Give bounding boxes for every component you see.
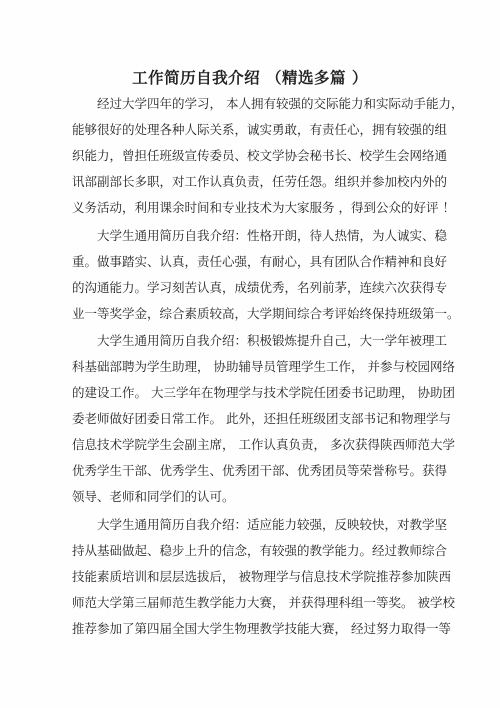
paragraph-line: 委老师做好团委日常工作。 此外，还担任班级团支部书记和物理学与 <box>72 411 451 427</box>
paragraph-line: 大学生通用简历自我介绍：适应能力较强，反映较快，对教学坚 <box>97 517 447 533</box>
paragraph-line: 大学生通用简历自我介绍：性格开朗，待人热情，为人诚实、稳 <box>97 228 447 244</box>
document-title: 工作简历自我介绍 （精选多篇 ） <box>0 66 500 88</box>
paragraph-line: 持从基础做起、稳步上升的信念，有较强的教学能力。经过教师综合 <box>72 543 447 559</box>
paragraph-line: 的沟通能力。学习刻苦认真，成绩优秀，名列前茅，连续六次获得专 <box>72 280 447 296</box>
paragraph-line: 师范大学第三届师范生教学能力大赛， 并获得理科组一等奖。 被学校 <box>72 595 455 611</box>
paragraph-line: 技能素质培训和层层选拔后， 被物理学与信息技术学院推荐参加陕西 <box>72 569 451 585</box>
paragraph-line: 的建设工作。 大三学年在物理学与技术学院任团委书记助理， 协助团 <box>72 385 455 401</box>
paragraph-line: 领导、老师和同学们的认可。 <box>72 489 235 505</box>
paragraph-line: 重。做事踏实、认真，责任心强，有耐心，具有团队合作精神和良好 <box>72 254 447 270</box>
paragraph-line: 能够很好的处理各种人际关系，诚实勇敢，有责任心，拥有较强的组 <box>72 122 447 138</box>
paragraph-line: 业一等奖学金，综合素质较高，大学期间综合考评始终保持班级第一。 <box>72 306 460 322</box>
paragraph-line: 讯部副部长多职，对工作认真负责，任劳任怨。组织并参加校内外的 <box>72 174 447 190</box>
paragraph-line: 经过大学四年的学习， 本人拥有较强的交际能力和实际动手能力， <box>97 96 463 112</box>
paragraph-line: 推荐参加了第四届全国大学生物理教学技能大赛， 经过努力取得一等 <box>72 621 451 637</box>
paragraph-line: 优秀学生干部、优秀学生、优秀团干部、优秀团员等荣誉称号。获得 <box>72 463 447 479</box>
paragraph-line: 信息技术学院学生会副主席， 工作认真负责， 多次获得陕西师范大学 <box>72 437 455 453</box>
paragraph-line: 科基础部聘为学生助理， 协助辅导员管理学生工作， 并参与校园网络 <box>72 359 455 375</box>
paragraph-line: 大学生通用简历自我介绍：积极锻炼提升自己，大一学年被理工 <box>97 333 447 349</box>
document-page: 工作简历自我介绍 （精选多篇 ） 经过大学四年的学习， 本人拥有较强的交际能力和… <box>0 0 500 708</box>
paragraph-line: 义务活动，利用课余时间和专业技术为大家服务 ，得到公众的好评 ！ <box>72 200 455 216</box>
paragraph-line: 织能力，曾担任班级宣传委员、校文学协会秘书长、校学生会网络通 <box>72 148 447 164</box>
